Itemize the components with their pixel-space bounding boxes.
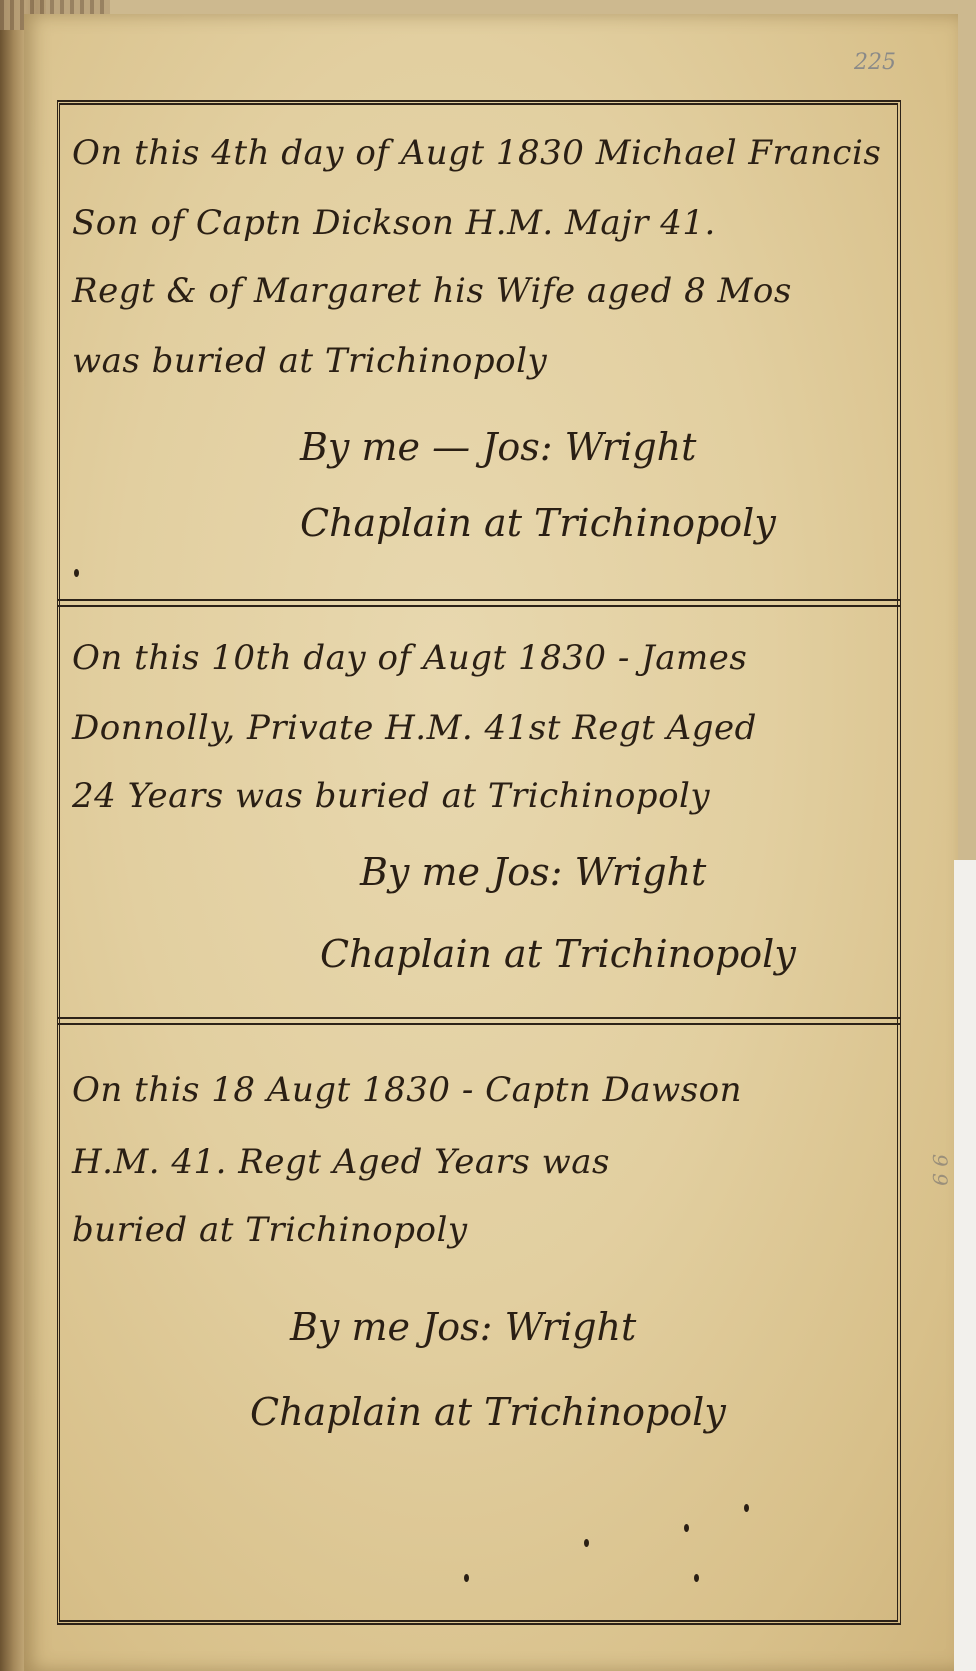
entry-line: H.M. 41. Regt Aged Years was [72,1142,610,1182]
ink-spot [684,1524,689,1532]
ink-spot [744,1504,749,1512]
signature-title: Chaplain at Trichinopoly [320,932,796,976]
entry-line: On this 4th day of Augt 1830 Michael Fra… [72,133,881,173]
entry-line: Donnolly, Private H.M. 41st Regt Aged [72,708,757,748]
entry-line: Regt & of Margaret his Wife aged 8 Mos [72,271,792,311]
entry-line: On this 10th day of Augt 1830 - James [72,638,747,678]
register-page: 225 On this 4th day of Augt 1830 Michael… [24,14,958,1671]
ink-spot [584,1539,589,1547]
entry-line: On this 18 Augt 1830 - Captn Dawson [72,1070,742,1110]
signature: By me Jos: Wright [290,1305,636,1349]
ink-spot [464,1574,469,1582]
entry-line: was buried at Trichinopoly [72,341,547,381]
burial-entry-3: On this 18 Augt 1830 - Captn Dawson H.M.… [60,1030,897,1620]
signature-title: Chaplain at Trichinopoly [300,501,776,545]
signature: By me Jos: Wright [360,850,706,894]
ink-spot [74,569,79,577]
burial-entry-2: On this 10th day of Augt 1830 - James Do… [60,610,897,1020]
entry-line: buried at Trichinopoly [72,1210,468,1250]
folio-number: 225 [854,50,896,75]
background-surface [954,860,976,1671]
pencil-margin-note: 9 9 [928,1154,952,1186]
burial-entry-1: On this 4th day of Augt 1830 Michael Fra… [60,105,897,605]
entry-line: 24 Years was buried at Trichinopoly [72,776,710,816]
signature-title: Chaplain at Trichinopoly [250,1390,726,1434]
entry-divider [57,599,901,607]
ruled-frame: On this 4th day of Augt 1830 Michael Fra… [57,100,901,1625]
signature: By me — Jos: Wright [300,425,696,469]
ink-spot [694,1574,699,1582]
entry-line: Son of Captn Dickson H.M. Majr 41. [72,203,716,243]
entry-divider [57,1017,901,1025]
